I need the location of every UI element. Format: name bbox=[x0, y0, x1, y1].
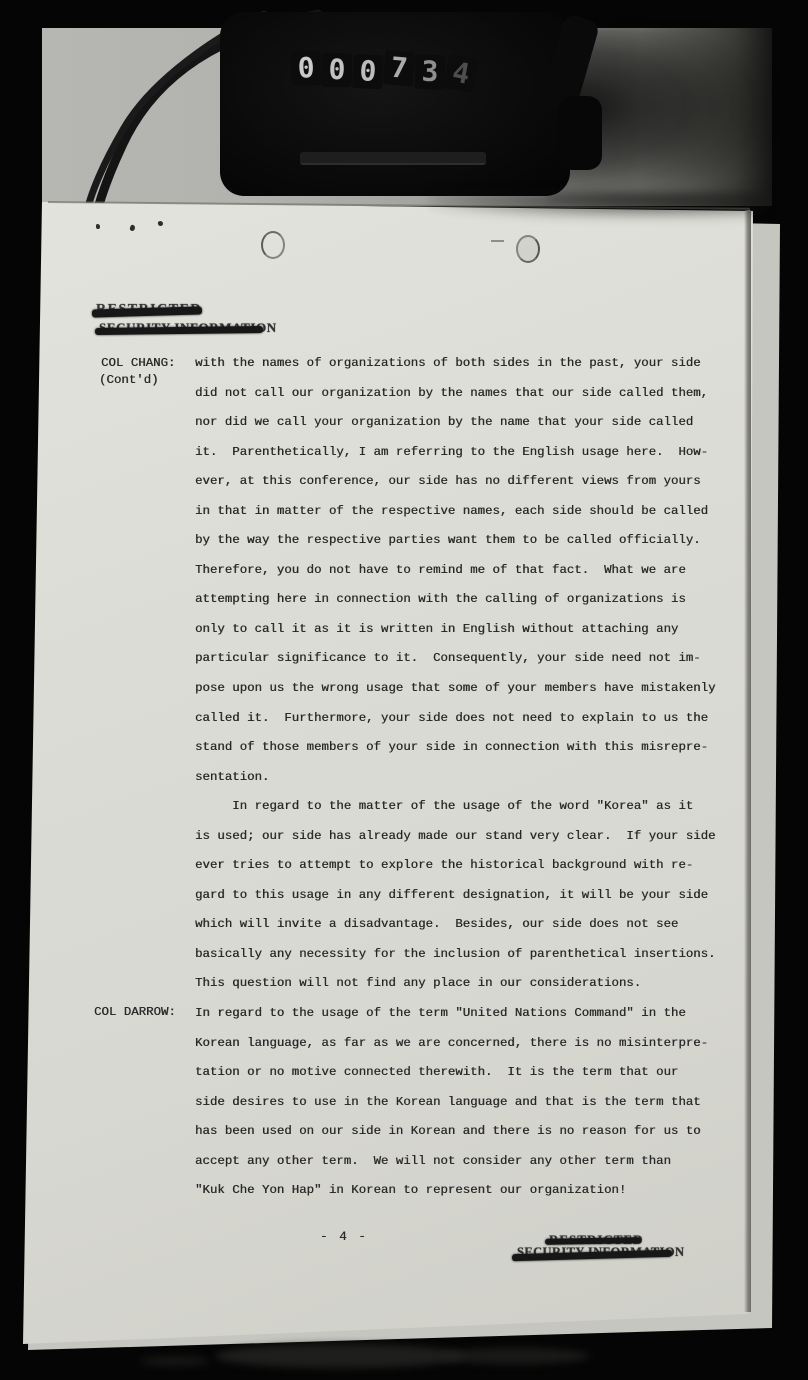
transcript-line: is used; our side has already made our s… bbox=[195, 822, 745, 852]
counter-knob bbox=[558, 96, 602, 170]
transcript-line: pose upon us the wrong usage that some o… bbox=[195, 674, 745, 704]
transcript-line: only to call it as it is written in Engl… bbox=[195, 615, 745, 645]
transcript-line: has been used on our side in Korean and … bbox=[195, 1117, 745, 1147]
transcript-line: did not call our organization by the nam… bbox=[195, 379, 745, 409]
transcript-line: attempting here in connection with the c… bbox=[195, 585, 745, 615]
transcript-line: Korean language, as far as we are concer… bbox=[195, 1029, 745, 1059]
ink-speck bbox=[96, 224, 100, 229]
page-number: - 4 - bbox=[320, 1230, 368, 1244]
speaker-label-col-chang: COL CHANG: bbox=[101, 356, 175, 370]
counter-digit: 0 bbox=[291, 51, 322, 86]
page-right-edge-shadow bbox=[744, 210, 751, 1312]
transcript-line: accept any other term. We will not consi… bbox=[195, 1147, 745, 1177]
transcript-line: nor did we call your organization by the… bbox=[195, 408, 745, 438]
transcript-line: stand of those members of your side in c… bbox=[195, 733, 745, 763]
transcript-line: "Kuk Che Yon Hap" in Korean to represent… bbox=[195, 1176, 745, 1206]
transcript-line: In regard to the usage of the term "Unit… bbox=[195, 999, 745, 1029]
speaker-label-contd: (Cont'd) bbox=[99, 373, 159, 387]
transcript-line: sentation. bbox=[195, 763, 745, 793]
counter-base-slot bbox=[300, 152, 486, 165]
counter-digit: 0 bbox=[322, 53, 353, 88]
transcript-line: This question will not find any place in… bbox=[195, 969, 745, 999]
page-counter-device bbox=[220, 12, 570, 196]
transcript-line: side desires to use in the Korean langua… bbox=[195, 1088, 745, 1118]
transcript-line: called it. Furthermore, your side does n… bbox=[195, 704, 745, 734]
transcript-line: by the way the respective parties want t… bbox=[195, 526, 745, 556]
counter-digit: 7 bbox=[383, 50, 416, 87]
transcript-line: tation or no motive connected therewith.… bbox=[195, 1058, 745, 1088]
transcript-line: ever, at this conference, our side has n… bbox=[195, 467, 745, 497]
transcript-line: in that in matter of the respective name… bbox=[195, 497, 745, 527]
transcript-line: it. Parenthetically, I am referring to t… bbox=[195, 438, 745, 468]
transcript-line: particular significance to it. Consequen… bbox=[195, 644, 745, 674]
scanned-document-photo: 0 0 0 7 3 4 RESTRICTED SECURITY INFORMAT… bbox=[0, 0, 808, 1380]
transcript-body: with the names of organizations of both … bbox=[195, 349, 745, 1206]
background-blotch bbox=[215, 1344, 465, 1368]
transcript-line: ever tries to attempt to explore the his… bbox=[195, 851, 745, 881]
speaker-label-col-darrow: COL DARROW: bbox=[94, 1005, 176, 1019]
transcript-line: with the names of organizations of both … bbox=[195, 349, 745, 379]
transcript-line: which will invite a disadvantage. Beside… bbox=[195, 910, 745, 940]
punch-hole bbox=[516, 235, 540, 263]
transcript-line: basically any necessity for the inclusio… bbox=[195, 940, 745, 970]
transcript-line: gard to this usage in any different desi… bbox=[195, 881, 745, 911]
background-blotch bbox=[440, 1348, 590, 1364]
transcript-line: Therefore, you do not have to remind me … bbox=[195, 556, 745, 586]
pencil-dash-mark bbox=[491, 240, 504, 242]
counter-digit-readout: 0 0 0 7 3 4 bbox=[291, 50, 478, 92]
transcript-line: In regard to the matter of the usage of … bbox=[195, 792, 745, 822]
punch-hole bbox=[261, 231, 285, 259]
background-blotch bbox=[140, 1356, 210, 1366]
counter-digit: 0 bbox=[352, 54, 384, 90]
counter-digit: 4 bbox=[443, 54, 479, 93]
counter-digit: 3 bbox=[415, 55, 446, 90]
counter-shadow-on-page bbox=[430, 192, 765, 218]
